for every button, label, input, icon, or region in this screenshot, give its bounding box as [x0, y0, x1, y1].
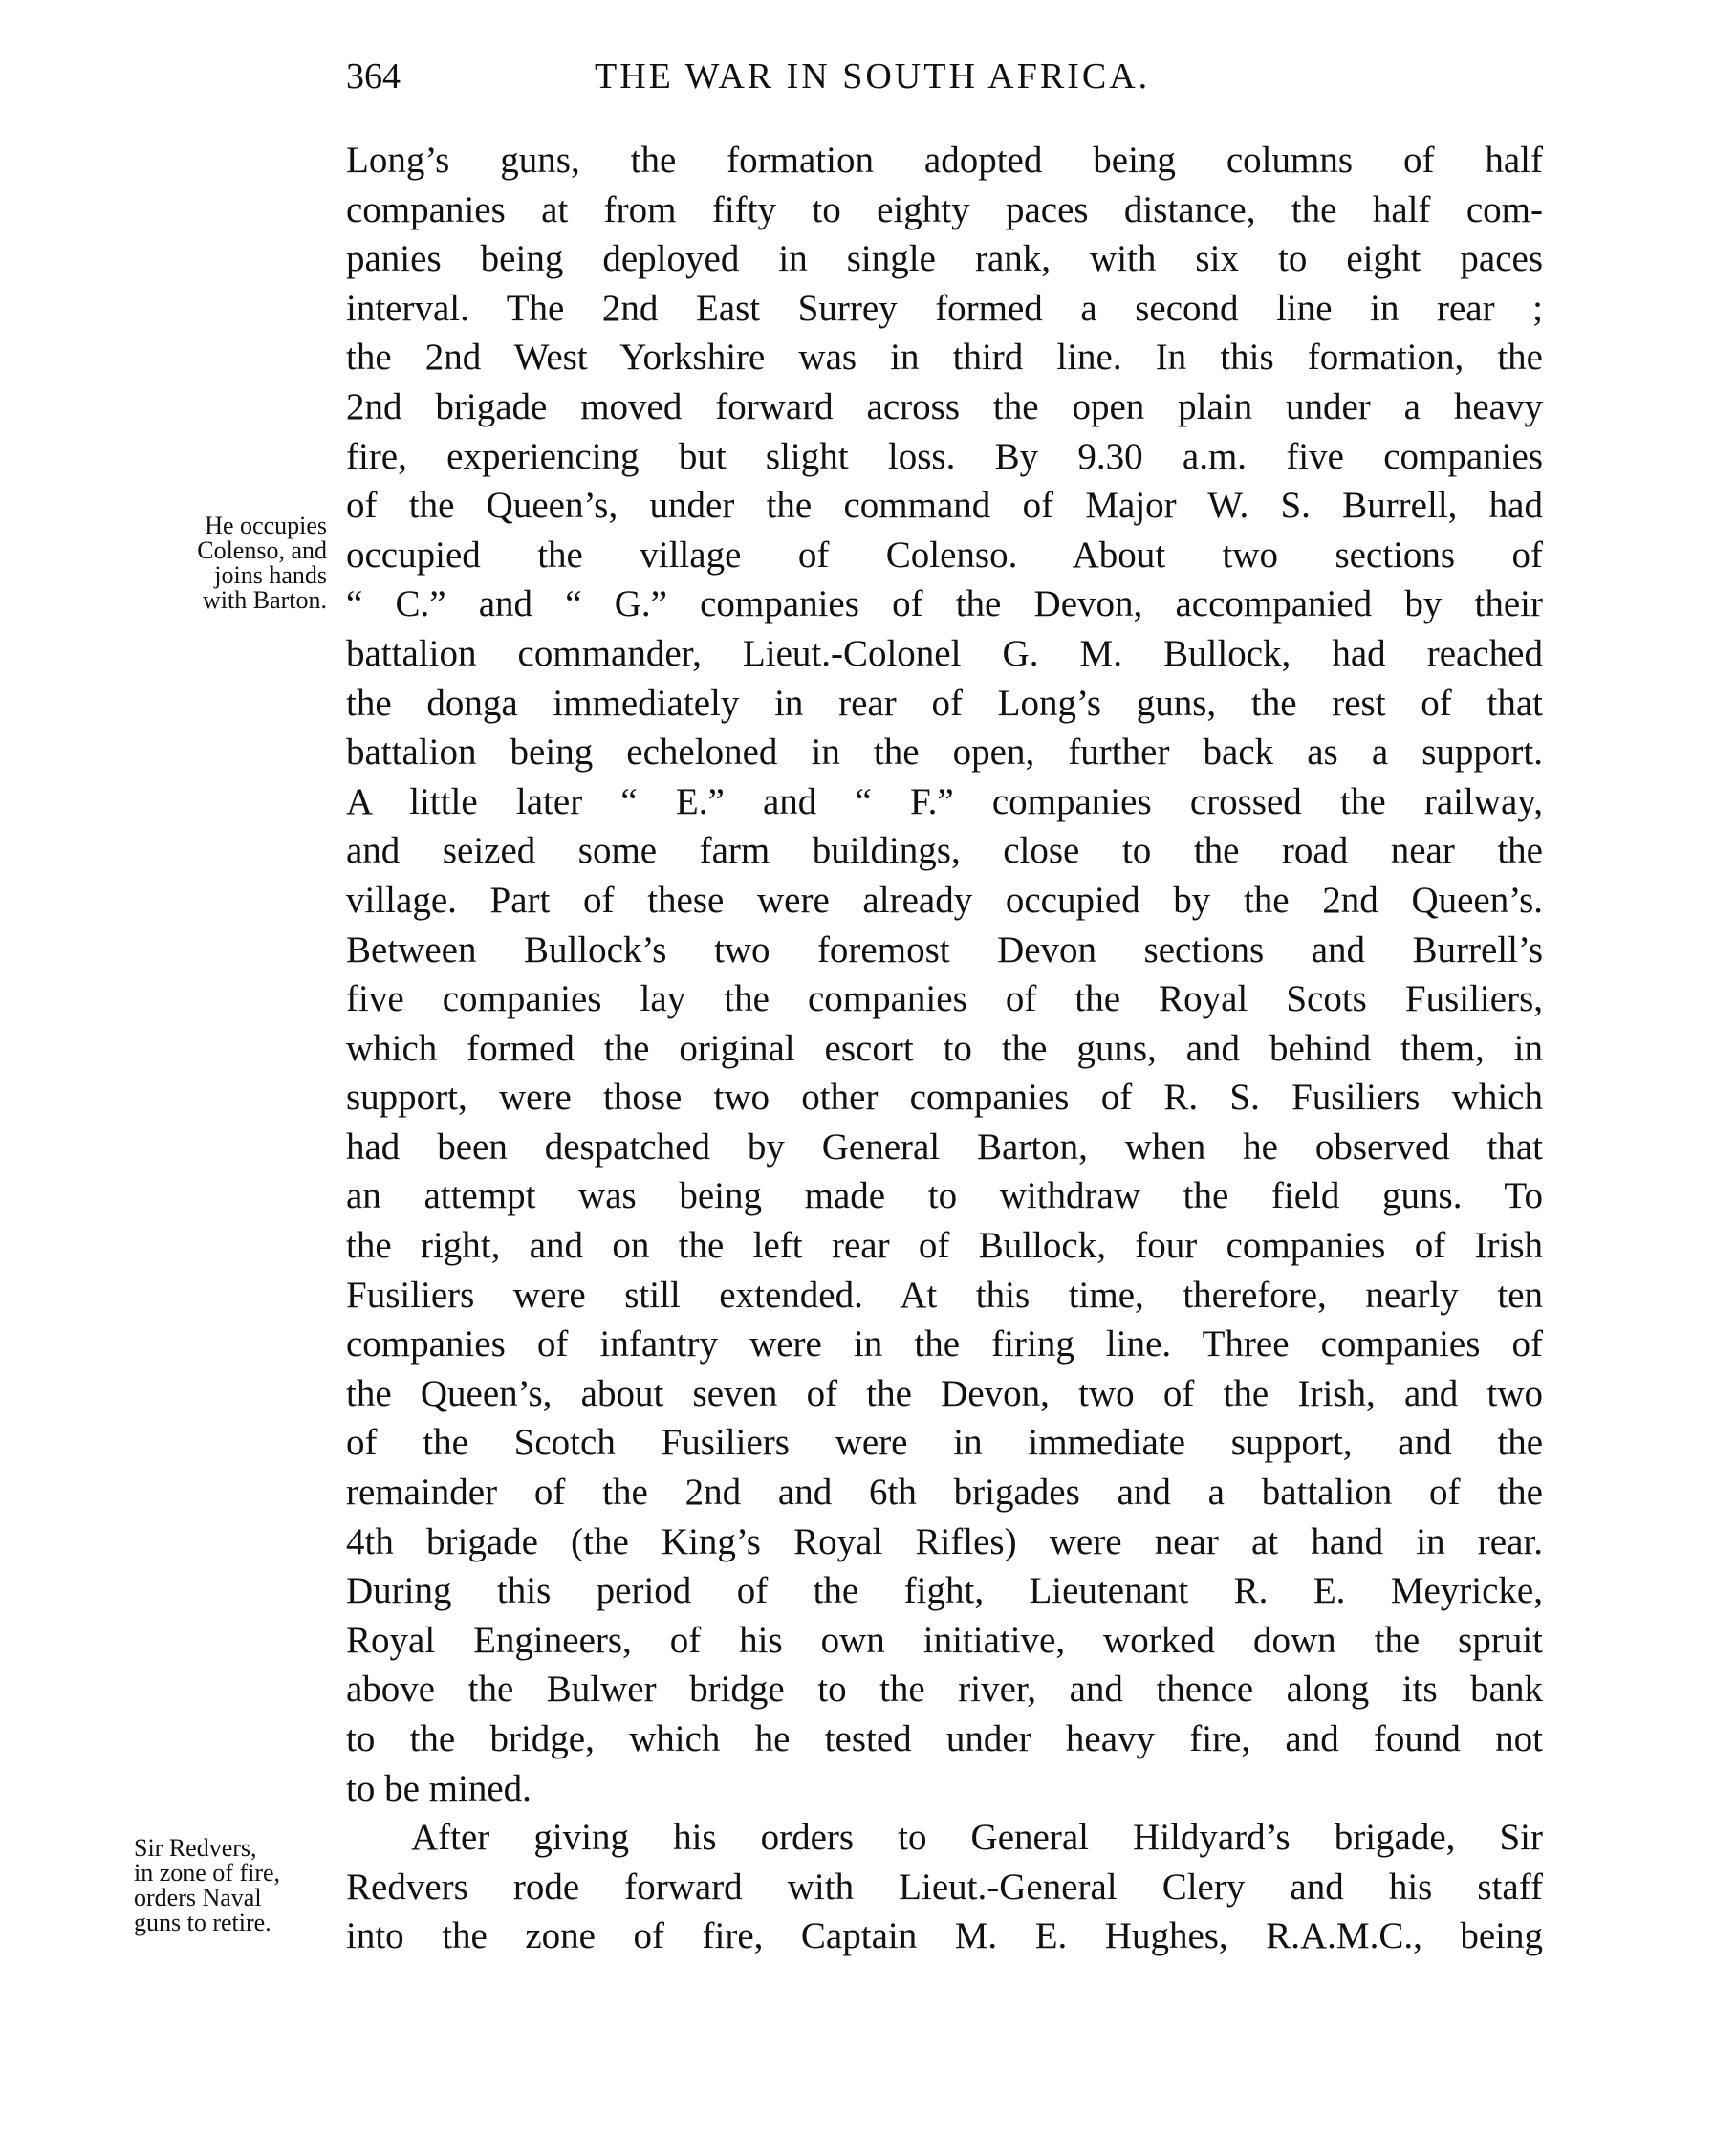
margin-note-colenso: He occupies Colenso, and joins hands wit… [126, 513, 327, 613]
page-header: 364 THE WAR IN SOUTH AFRICA. [346, 55, 1541, 103]
text-line: Redvers rode forward with Lieut.-General… [346, 1863, 1543, 1912]
margin-note-line: with Barton. [126, 588, 327, 613]
text-line: village. Part of these were already occu… [346, 876, 1543, 926]
margin-note-line: joins hands [126, 563, 327, 588]
text-line: remainder of the 2nd and 6th brigades an… [346, 1468, 1543, 1518]
text-line: to the bridge, which he tested under hea… [346, 1714, 1543, 1764]
margin-note-line: guns to retire. [134, 1911, 339, 1935]
text-line: battalion commander, Lieut.-Colonel G. M… [346, 629, 1543, 679]
text-line: Between Bullock’s two foremost Devon sec… [346, 926, 1543, 975]
page-number: 364 [346, 55, 401, 98]
text-line: above the Bulwer bridge to the river, an… [346, 1665, 1543, 1714]
text-line: fire, experiencing but slight loss. By 9… [346, 432, 1543, 482]
margin-note-line: Colenso, and [126, 538, 327, 563]
text-line: companies of infantry were in the firing… [346, 1320, 1543, 1369]
running-title: THE WAR IN SOUTH AFRICA. [595, 55, 1150, 98]
margin-note-line: orders Naval [134, 1886, 339, 1911]
text-line: to be mined. [346, 1764, 1543, 1814]
margin-note-line: He occupies [126, 513, 327, 538]
text-line: panies being deployed in single rank, wi… [346, 234, 1543, 284]
margin-note-sir-redvers: Sir Redvers, in zone of fire, orders Nav… [134, 1836, 339, 1935]
text-line: occupied the village of Colenso. About t… [346, 531, 1543, 580]
text-line: interval. The 2nd East Surrey formed a s… [346, 284, 1543, 334]
text-line: the 2nd West Yorkshire was in third line… [346, 333, 1543, 382]
text-line: “ C.” and “ G.” companies of the Devon, … [346, 579, 1543, 629]
text-line: Long’s guns, the formation adopted being… [346, 136, 1543, 186]
text-line: which formed the original escort to the … [346, 1024, 1543, 1074]
body-text: Long’s guns, the formation adopted being… [346, 136, 1543, 1961]
text-line: During this period of the fight, Lieuten… [346, 1566, 1543, 1616]
text-line: into the zone of fire, Captain M. E. Hug… [346, 1911, 1543, 1961]
margin-note-line: Sir Redvers, [134, 1836, 339, 1861]
text-line: 4th brigade (the King’s Royal Rifles) we… [346, 1518, 1543, 1567]
text-line: the right, and on the left rear of Bullo… [346, 1221, 1543, 1271]
text-line: of the Queen’s, under the command of Maj… [346, 481, 1543, 531]
text-line: companies at from fifty to eighty paces … [346, 186, 1543, 235]
text-line: of the Scotch Fusiliers were in immediat… [346, 1418, 1543, 1468]
text-line: the Queen’s, about seven of the Devon, t… [346, 1369, 1543, 1419]
text-line: an attempt was being made to withdraw th… [346, 1171, 1543, 1221]
text-line: battalion being echeloned in the open, f… [346, 728, 1543, 777]
text-line: 2nd brigade moved forward across the ope… [346, 382, 1543, 432]
margin-note-line: in zone of fire, [134, 1861, 339, 1886]
text-line: Fusiliers were still extended. At this t… [346, 1271, 1543, 1321]
text-line: and seized some farm buildings, close to… [346, 826, 1543, 876]
text-line: Royal Engineers, of his own initiative, … [346, 1616, 1543, 1666]
text-line: the donga immediately in rear of Long’s … [346, 679, 1543, 729]
text-line: five companies lay the companies of the … [346, 974, 1543, 1024]
text-line: A little later “ E.” and “ F.” companies… [346, 777, 1543, 827]
text-line: After giving his orders to General Hildy… [346, 1813, 1543, 1863]
text-line: had been despatched by General Barton, w… [346, 1123, 1543, 1172]
text-line: support, were those two other companies … [346, 1073, 1543, 1123]
